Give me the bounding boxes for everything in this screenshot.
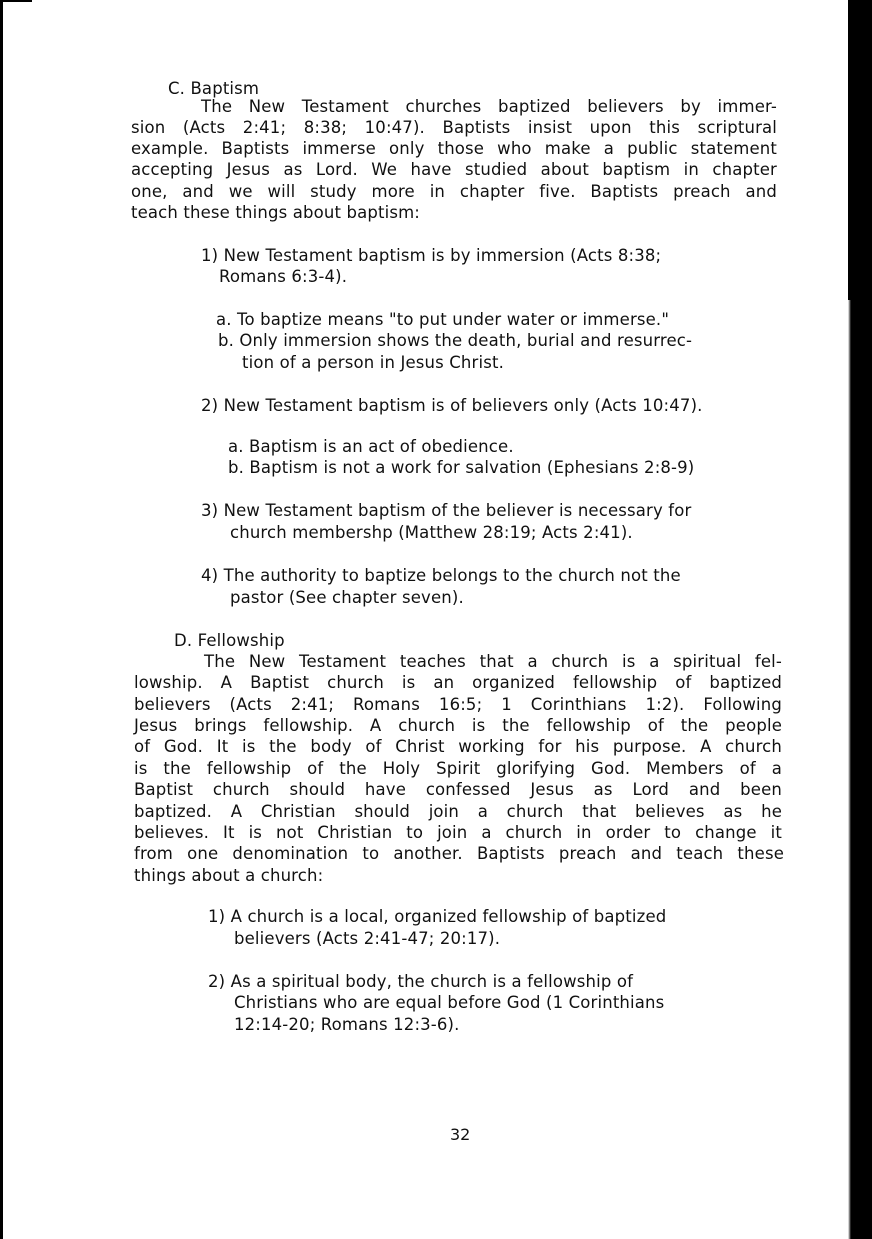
paragraph-line: Baptist church should have confessed Jes… <box>134 779 782 800</box>
paragraph-line: things about a church: <box>134 865 323 886</box>
paragraph-line: The New Testament teaches that a church … <box>204 651 782 672</box>
paragraph-line: from one denomination to another. Baptis… <box>134 843 784 864</box>
paragraph-line: believes. It is not Christian to join a … <box>134 822 782 843</box>
section-heading-fellowship: D. Fellowship <box>174 630 285 651</box>
paragraph-line: baptized. A Christian should join a chur… <box>134 801 782 822</box>
list-item-1-cont: Romans 6:3-4). <box>219 266 347 287</box>
sub-item-b: b. Baptism is not a work for salvation (… <box>228 457 694 478</box>
sub-item-b: b. Only immersion shows the death, buria… <box>218 330 692 351</box>
paragraph-line: accepting Jesus as Lord. We have studied… <box>131 159 777 180</box>
list-item-2: 2) New Testament baptism is of believers… <box>201 395 703 416</box>
paragraph-line: of God. It is the body of Christ working… <box>134 736 782 757</box>
list-item-1-cont: believers (Acts 2:41-47; 20:17). <box>234 928 500 949</box>
list-item-3-cont: church membershp (Matthew 28:19; Acts 2:… <box>230 522 633 543</box>
paragraph-line: Jesus brings fellowship. A church is the… <box>134 715 782 736</box>
paragraph-line: believers (Acts 2:41; Romans 16:5; 1 Cor… <box>134 694 782 715</box>
list-item-2-cont: Christians who are equal before God (1 C… <box>234 992 664 1013</box>
list-item-2: 2) As a spiritual body, the church is a … <box>208 971 633 992</box>
document-page: C. Baptism The New Testament churches ba… <box>0 0 872 1239</box>
paragraph-line: is the fellowship of the Holy Spirit glo… <box>134 758 782 779</box>
page-number: 32 <box>450 1125 470 1144</box>
sub-item-a: a. Baptism is an act of obedience. <box>228 436 514 457</box>
paragraph-line: sion (Acts 2:41; 8:38; 10:47). Baptists … <box>131 117 777 138</box>
paragraph-line: The New Testament churches baptized beli… <box>201 96 777 117</box>
list-item-2-cont: 12:14-20; Romans 12:3-6). <box>234 1014 460 1035</box>
sub-item-b-cont: tion of a person in Jesus Christ. <box>242 352 504 373</box>
paragraph-line: example. Baptists immerse only those who… <box>131 138 777 159</box>
paragraph-line: lowship. A Baptist church is an organize… <box>134 672 782 693</box>
list-item-1: 1) A church is a local, organized fellow… <box>208 906 666 927</box>
list-item-3: 3) New Testament baptism of the believer… <box>201 500 691 521</box>
sub-item-a: a. To baptize means "to put under water … <box>216 309 669 330</box>
list-item-4: 4) The authority to baptize belongs to t… <box>201 565 681 586</box>
list-item-4-cont: pastor (See chapter seven). <box>230 587 464 608</box>
paragraph-line: one, and we will study more in chapter f… <box>131 181 777 202</box>
list-item-1: 1) New Testament baptism is by immersion… <box>201 245 661 266</box>
paragraph-line: teach these things about baptism: <box>131 202 420 223</box>
